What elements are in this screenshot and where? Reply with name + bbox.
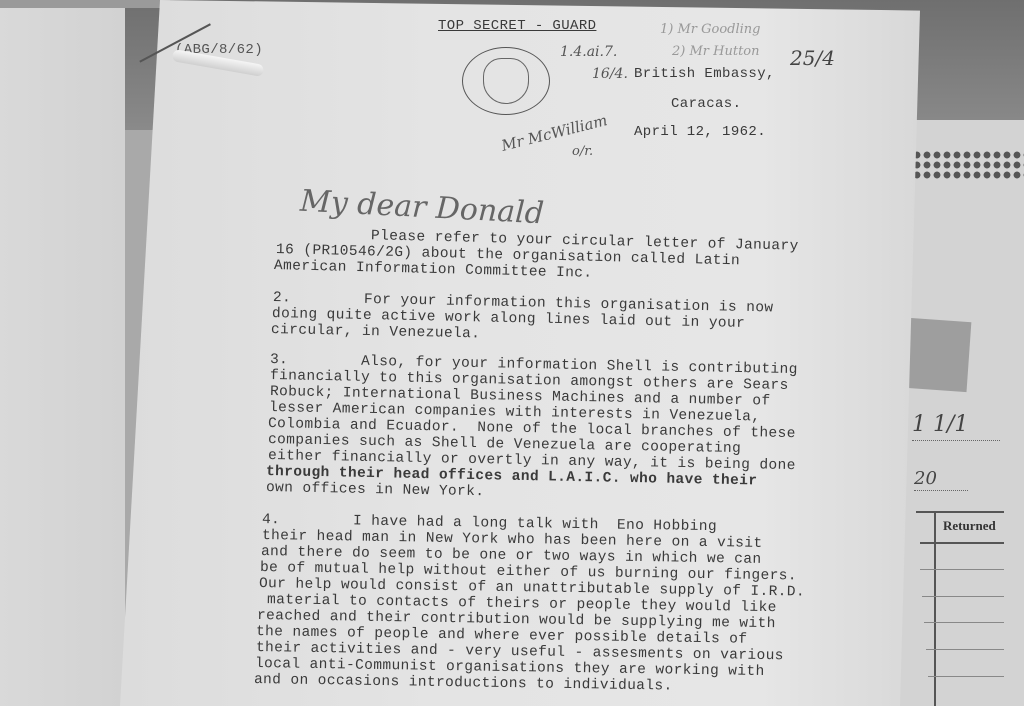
note-top-right-1: 1) Mr Goodling — [660, 22, 761, 37]
gray-tab — [905, 318, 972, 392]
table-header-returned: Returned — [943, 518, 996, 534]
letter-date: April 12, 1962. — [634, 124, 766, 140]
table-header-rule — [920, 542, 1004, 544]
classification-heading: TOP SECRET - GUARD — [438, 18, 596, 34]
sender-address-line1: British Embassy, — [634, 66, 775, 82]
table-row-rule — [928, 676, 1004, 677]
card-dotted-line — [912, 440, 1000, 442]
table-row-rule — [924, 622, 1004, 623]
crest-shield-icon — [483, 58, 529, 104]
table-row-rule — [920, 569, 1004, 570]
note-top-right-2: 2) Mr Hutton — [672, 44, 760, 59]
perforation-dots — [902, 150, 1024, 180]
left-sheet-top — [0, 0, 170, 8]
card-dotted-line — [914, 490, 968, 492]
table-row-rule — [926, 649, 1004, 650]
card-handwriting-2: 20 — [914, 468, 937, 489]
table-row-rule — [922, 596, 1004, 597]
note-top-center-2: 16/4. — [592, 66, 628, 82]
note-top-right-initials: 25/4 — [790, 46, 835, 70]
note-below-date: o/r. — [572, 144, 593, 159]
royal-crest — [462, 47, 550, 115]
sender-address-line2: Caracas. — [671, 96, 741, 112]
table-top-rule — [916, 511, 1004, 513]
card-handwriting-1: 1 1/1 — [912, 412, 968, 437]
note-top-center: 1.4.ai.7. — [560, 44, 617, 60]
left-sheet — [0, 0, 125, 706]
